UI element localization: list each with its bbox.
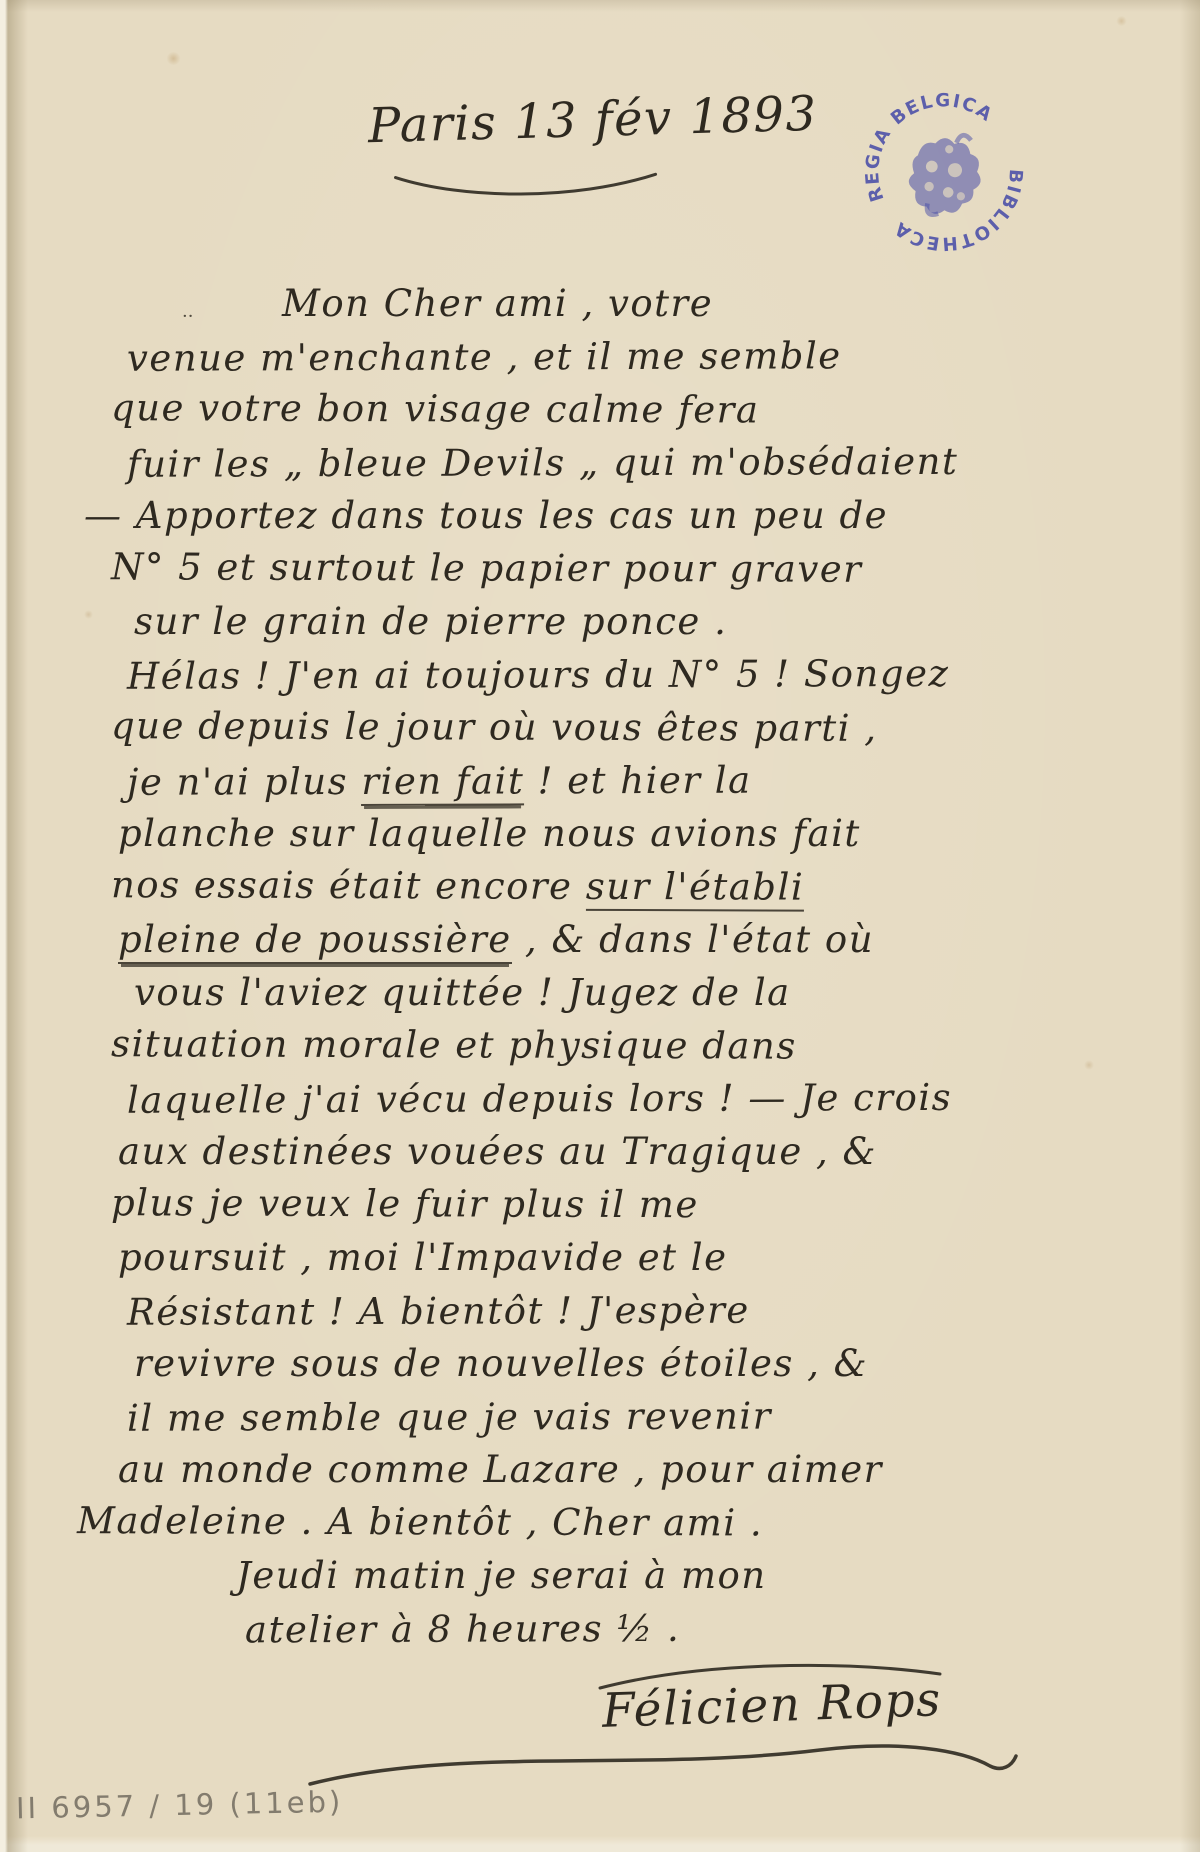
letter-text-segment: sur l'établi bbox=[586, 865, 805, 912]
dateline-text: Paris 13 fév 1893 bbox=[367, 86, 818, 155]
letter-text-segment: aux destinées vouées au Tragique , & bbox=[118, 1130, 877, 1173]
letter-line: laquelle j'ai vécu depuis lors ! — Je cr… bbox=[93, 1075, 1189, 1132]
dateline: Paris 13 fév 1893 bbox=[367, 86, 818, 155]
letter-line: revivre sous de nouvelles étoiles , & bbox=[100, 1342, 1196, 1395]
letter-line: Jeudi matin je serai à mon bbox=[84, 1554, 1180, 1607]
letter-line: que votre bon visage calme fera bbox=[77, 386, 1173, 443]
letter-line: sur le grain de pierre ponce . bbox=[100, 600, 1196, 653]
letter-line: situation morale et physique dans bbox=[77, 1022, 1173, 1079]
letter-text-segment: N° 5 et surtout le papier pour graver bbox=[111, 545, 862, 591]
letter-text-segment: Jeudi matin je serai à mon bbox=[236, 1554, 767, 1597]
letter-text-segment: au monde comme Lazare , pour aimer bbox=[118, 1448, 883, 1491]
date-underline-flourish bbox=[383, 161, 684, 209]
letter-text-segment: planche sur laquelle nous avions fait bbox=[118, 812, 861, 855]
letter-line: que depuis le jour où vous êtes parti , bbox=[77, 704, 1173, 761]
letter-text-segment: Hélas ! J'en ai toujours du N° 5 ! Songe… bbox=[127, 652, 950, 698]
letter-line: au monde comme Lazare , pour aimer bbox=[84, 1448, 1180, 1501]
catalog-note: II 6957 / 19 (11eb) bbox=[16, 1785, 344, 1826]
letter-text-segment: que votre bon visage calme fera bbox=[111, 386, 760, 431]
letter-line: planche sur laquelle nous avions fait bbox=[84, 812, 1180, 865]
lion-emblem bbox=[895, 124, 998, 225]
letter-text-segment: ! et hier la bbox=[524, 759, 751, 803]
letter-line: Résistant ! A bientôt ! J'espère bbox=[93, 1287, 1189, 1344]
letter-line: nos essais était encore sur l'établi bbox=[77, 863, 1173, 920]
letter-text-segment: — Apportez dans tous les cas un peu de bbox=[84, 494, 888, 537]
letter-text-segment: vous l'aviez quittée ! Jugez de la bbox=[134, 971, 791, 1014]
letter-line: Madeleine . A bientôt , Cher ami . bbox=[77, 1499, 1173, 1556]
letter-text-segment: nos essais était encore bbox=[111, 863, 586, 908]
letter-text-segment: Madeleine . A bientôt , Cher ami . bbox=[77, 1499, 763, 1544]
letter-text-segment: venue m'enchante , et il me semble bbox=[127, 334, 842, 379]
letter-text-segment: je n'ai plus bbox=[127, 760, 362, 804]
foxing-spot bbox=[166, 52, 181, 65]
letter-line: — Apportez dans tous les cas un peu de bbox=[84, 494, 1180, 547]
library-stamp: REGIA BELGICA BIBLIOTHECA bbox=[821, 46, 1067, 298]
letter-text-segment: Mon Cher ami , votre bbox=[282, 282, 713, 325]
letter-text-segment: Résistant ! A bientôt ! J'espère bbox=[127, 1289, 750, 1334]
letter-text-segment: atelier à 8 heures ½ . bbox=[245, 1607, 680, 1652]
foxing-spot bbox=[1116, 16, 1127, 26]
letter-body: Mon Cher ami , votrevenue m'enchante , e… bbox=[84, 282, 1180, 1660]
signature-flourish bbox=[300, 1652, 1060, 1832]
letter-text-segment: poursuit , moi l'Impavide et le bbox=[118, 1236, 728, 1279]
letter-text-segment: pleine de poussière bbox=[118, 918, 512, 964]
letter-text-segment: il me semble que je vais revenir bbox=[127, 1395, 772, 1440]
letter-text-segment: rien fait bbox=[361, 759, 524, 806]
letter-line: pleine de poussière , & dans l'état où bbox=[84, 918, 1180, 971]
letter-line: N° 5 et surtout le papier pour graver bbox=[77, 545, 1173, 602]
letter-line: je n'ai plus rien fait ! et hier la bbox=[93, 757, 1189, 814]
letter-line: poursuit , moi l'Impavide et le bbox=[84, 1236, 1180, 1289]
letter-text-segment: plus je veux le fuir plus il me bbox=[111, 1181, 699, 1226]
letter-line: plus je veux le fuir plus il me bbox=[77, 1181, 1173, 1238]
letter-line: Hélas ! J'en ai toujours du N° 5 ! Songe… bbox=[93, 651, 1189, 708]
letter-line: fuir les „ bleue Devils „ qui m'obsédaie… bbox=[93, 439, 1189, 496]
letter-text-segment: laquelle j'ai vécu depuis lors ! — Je cr… bbox=[127, 1076, 952, 1122]
letter-line: aux destinées vouées au Tragique , & bbox=[84, 1130, 1180, 1183]
letter-text-segment: , & dans l'état où bbox=[512, 918, 874, 961]
letter-line: Mon Cher ami , votre bbox=[84, 282, 1180, 335]
letter-scan-page: Paris 13 fév 1893 REGIA BELGICA BIBLIOTH… bbox=[0, 0, 1200, 1852]
letter-text-segment: situation morale et physique dans bbox=[111, 1022, 797, 1067]
letter-line: venue m'enchante , et il me semble bbox=[93, 333, 1189, 390]
letter-text-segment: revivre sous de nouvelles étoiles , & bbox=[134, 1342, 868, 1385]
letter-text-segment: sur le grain de pierre ponce . bbox=[134, 600, 727, 643]
letter-line: vous l'aviez quittée ! Jugez de la bbox=[100, 971, 1196, 1024]
letter-line: il me semble que je vais revenir bbox=[93, 1393, 1189, 1450]
letter-text-segment: fuir les „ bleue Devils „ qui m'obsédaie… bbox=[127, 440, 958, 486]
letter-text-segment: que depuis le jour où vous êtes parti , bbox=[111, 704, 878, 750]
signature-block: Félicien Rops bbox=[300, 1652, 1060, 1832]
